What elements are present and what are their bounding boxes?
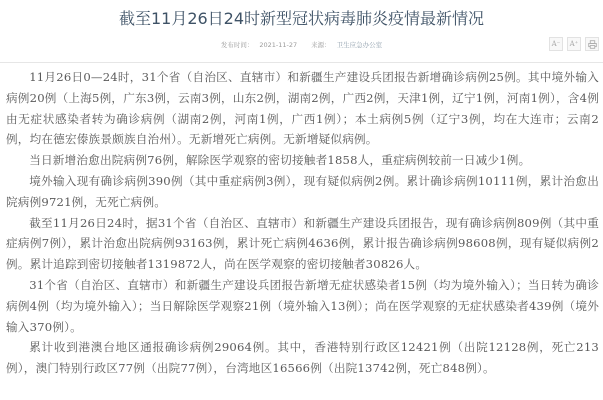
publish-date: 2021-11-27 bbox=[259, 41, 297, 49]
paragraph-cumulative: 截至11月26日24时，据31个省（自治区、直辖市）和新疆生产建设兵团报告，现有… bbox=[6, 213, 599, 275]
article-meta: 发布时间：2021-11-27 来源：卫生应急办公室 bbox=[0, 40, 603, 49]
paragraph-new-cases: 11月26日0—24时，31个省（自治区、直辖市）和新疆生产建设兵团报告新增确诊… bbox=[6, 67, 599, 150]
article-title: 截至11月26日24时新型冠状病毒肺炎疫情最新情况 bbox=[0, 6, 603, 29]
paragraph-hk-macau-taiwan: 累计收到港澳台地区通报确诊病例29064例。其中，香港特别行政区12421例（出… bbox=[6, 337, 599, 379]
header-divider bbox=[0, 62, 603, 63]
article-body: 11月26日0—24时，31个省（自治区、直辖市）和新疆生产建设兵团报告新增确诊… bbox=[6, 67, 599, 379]
source-label: 来源： bbox=[311, 41, 331, 49]
print-icon[interactable] bbox=[585, 37, 599, 51]
font-increase-icon[interactable]: A⁺ bbox=[567, 37, 581, 51]
paragraph-recovered: 当日新增治愈出院病例76例，解除医学观察的密切接触者1858人，重症病例较前一日… bbox=[6, 150, 599, 171]
article-tools: A⁻ A⁺ bbox=[549, 37, 599, 51]
source: 来源：卫生应急办公室 bbox=[308, 41, 385, 49]
paragraph-asymptomatic: 31个省（自治区、直辖市）和新疆生产建设兵团报告新增无症状感染者15例（均为境外… bbox=[6, 275, 599, 337]
paragraph-imported: 境外输入现有确诊病例390例（其中重症病例3例），现有疑似病例2例。累计确诊病例… bbox=[6, 171, 599, 213]
printer-glyph bbox=[588, 40, 597, 49]
publish-time: 发布时间：2021-11-27 bbox=[218, 41, 300, 49]
source-link[interactable]: 卫生应急办公室 bbox=[337, 41, 383, 49]
font-decrease-icon[interactable]: A⁻ bbox=[549, 37, 563, 51]
publish-label: 发布时间： bbox=[221, 41, 254, 49]
